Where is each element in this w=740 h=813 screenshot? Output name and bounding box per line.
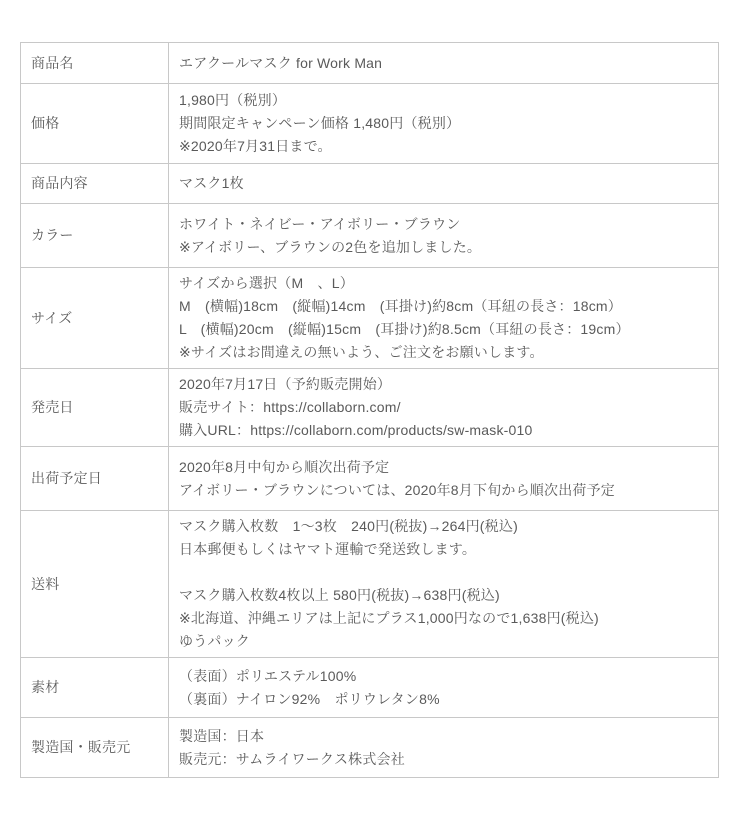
row-label: 製造国・販売元 bbox=[21, 718, 169, 778]
row-value: マスク購入枚数 1〜3枚 240円(税抜)→264円(税込) 日本郵便もしくはヤ… bbox=[169, 511, 719, 658]
table-row-size: サイズ サイズから選択（M 、L） M (横幅)18cm (縦幅)14cm (耳… bbox=[21, 268, 719, 369]
row-label: 商品名 bbox=[21, 43, 169, 84]
table-row-product-name: 商品名 エアクールマスク for Work Man bbox=[21, 43, 719, 84]
row-value: 製造国：日本 販売元：サムライワークス株式会社 bbox=[169, 718, 719, 778]
row-value: 2020年7月17日（予約販売開始） 販売サイト：https://collabo… bbox=[169, 369, 719, 447]
row-value: エアクールマスク for Work Man bbox=[169, 43, 719, 84]
row-value: サイズから選択（M 、L） M (横幅)18cm (縦幅)14cm (耳掛け)約… bbox=[169, 268, 719, 369]
row-label: 商品内容 bbox=[21, 164, 169, 204]
spec-table-body: 商品名 エアクールマスク for Work Man 価格 1,980円（税別） … bbox=[21, 43, 719, 778]
row-value: 1,980円（税別） 期間限定キャンペーン価格 1,480円（税別） ※2020… bbox=[169, 84, 719, 164]
row-label: 出荷予定日 bbox=[21, 447, 169, 511]
table-row-color: カラー ホワイト・ネイビー・アイボリー・ブラウン ※アイボリー、ブラウンの2色を… bbox=[21, 204, 719, 268]
table-row-shipping-date: 出荷予定日 2020年8月中旬から順次出荷予定 アイボリー・ブラウンについては、… bbox=[21, 447, 719, 511]
table-row-price: 価格 1,980円（税別） 期間限定キャンペーン価格 1,480円（税別） ※2… bbox=[21, 84, 719, 164]
row-label: 発売日 bbox=[21, 369, 169, 447]
product-spec-table: 商品名 エアクールマスク for Work Man 価格 1,980円（税別） … bbox=[20, 42, 719, 778]
row-value: （表面）ポリエステル100% （裏面）ナイロン92% ポリウレタン8% bbox=[169, 658, 719, 718]
row-label: サイズ bbox=[21, 268, 169, 369]
table-row-shipping-fee: 送料 マスク購入枚数 1〜3枚 240円(税抜)→264円(税込) 日本郵便もし… bbox=[21, 511, 719, 658]
row-label: カラー bbox=[21, 204, 169, 268]
row-label: 素材 bbox=[21, 658, 169, 718]
row-value: ホワイト・ネイビー・アイボリー・ブラウン ※アイボリー、ブラウンの2色を追加しま… bbox=[169, 204, 719, 268]
table-row-release-date: 発売日 2020年7月17日（予約販売開始） 販売サイト：https://col… bbox=[21, 369, 719, 447]
row-value: 2020年8月中旬から順次出荷予定 アイボリー・ブラウンについては、2020年8… bbox=[169, 447, 719, 511]
table-row-contents: 商品内容 マスク1枚 bbox=[21, 164, 719, 204]
page: 商品名 エアクールマスク for Work Man 価格 1,980円（税別） … bbox=[0, 0, 740, 778]
row-label: 送料 bbox=[21, 511, 169, 658]
row-value: マスク1枚 bbox=[169, 164, 719, 204]
table-row-material: 素材 （表面）ポリエステル100% （裏面）ナイロン92% ポリウレタン8% bbox=[21, 658, 719, 718]
row-label: 価格 bbox=[21, 84, 169, 164]
table-row-manufacturer: 製造国・販売元 製造国：日本 販売元：サムライワークス株式会社 bbox=[21, 718, 719, 778]
